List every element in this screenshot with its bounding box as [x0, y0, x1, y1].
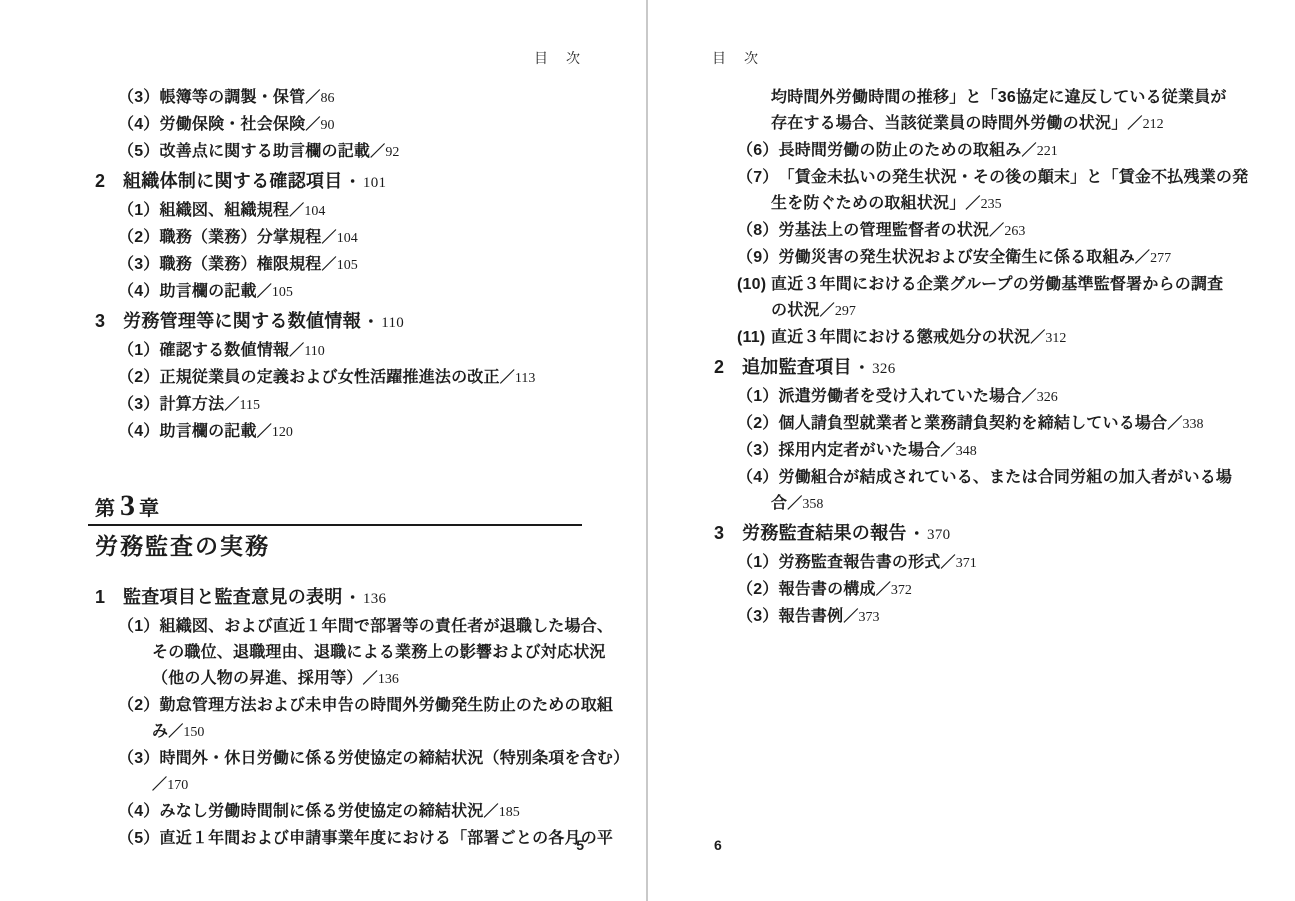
item-page-ref: 297	[835, 304, 856, 319]
item-text: 採用内定者がいた場合	[779, 442, 941, 459]
item-page-ref: 326	[1037, 390, 1058, 405]
item-page-ref: 372	[891, 583, 912, 598]
item-text: 職務（業務）権限規程	[160, 256, 322, 273]
item-text: 直近３年間における企業グループの労働基準監督署からの調査	[771, 276, 1223, 293]
item-text: 個人請負型就業者と業務請負契約を締結している場合	[779, 415, 1168, 432]
page-slash: ／	[484, 803, 499, 820]
section-page-ref: 326	[872, 361, 895, 377]
item-text: 報告書例	[779, 608, 844, 625]
toc-item-line: （2）正規従業員の定義および女性活躍推進法の改正／113	[95, 365, 642, 392]
item-label: （1）	[737, 384, 779, 410]
item-text: 組織図、および直近１年間で部署等の責任者が退職した場合、	[160, 618, 614, 635]
toc-item-line: （4）みなし労働時間制に係る労使協定の締結状況／185	[95, 799, 642, 826]
page-slash: ／	[941, 554, 956, 571]
item-page-ref: 371	[956, 556, 977, 571]
item-page-ref: 110	[304, 344, 324, 359]
section-dot: ・	[363, 314, 379, 331]
item-label: （5）	[118, 139, 160, 165]
page-slash: ／	[370, 143, 385, 160]
page-slash: ／	[1135, 249, 1150, 266]
item-label: （4）	[737, 465, 779, 491]
page-slash: ／	[941, 442, 956, 459]
toc-item-line: （4）助言欄の記載／105	[95, 279, 642, 306]
page-slash: ／	[989, 222, 1004, 239]
toc-item-line: （3）職務（業務）権限規程／105	[95, 252, 642, 279]
item-label: （2）	[737, 411, 779, 437]
item-page-ref: 185	[499, 805, 520, 820]
toc-item-line: （2）職務（業務）分掌規程／104	[95, 225, 642, 252]
section-page-ref: 136	[363, 591, 386, 607]
item-text: 助言欄の記載	[160, 283, 257, 300]
section-number: 2	[714, 354, 742, 380]
item-text: 存在する場合、当該従業員の時間外労働の状況」	[771, 115, 1127, 132]
toc-item-line: その職位、退職理由、退職による業務上の影響および対応状況	[95, 640, 642, 666]
item-page-ref: 120	[272, 425, 293, 440]
page-slash: ／	[322, 229, 337, 246]
section-page-ref: 370	[927, 527, 950, 543]
item-text: 派遣労働者を受け入れていた場合	[779, 388, 1022, 405]
item-text: 帳簿等の調製・保管	[160, 89, 306, 106]
item-page-ref: 90	[321, 118, 335, 133]
item-text: 改善点に関する助言欄の記載	[160, 143, 371, 160]
toc-section: 3労務管理等に関する数値情報・110	[95, 308, 642, 336]
page-slash: ／	[257, 283, 272, 300]
page-slash: ／	[1022, 142, 1037, 159]
item-text: （他の人物の昇進、採用等）	[152, 670, 363, 687]
item-text: 長時間労働の防止のための取組み	[779, 142, 1022, 159]
toc-item-line: （9）労働災害の発生状況および安全衛生に係る取組み／277	[714, 245, 1291, 272]
page-slash: ／	[1022, 388, 1037, 405]
item-text: 確認する数値情報	[160, 342, 290, 359]
chapter-number: 3	[120, 489, 135, 522]
toc-item-line: （1）組織図、組織規程／104	[95, 198, 642, 225]
toc-item-line: （1）派遣労働者を受け入れていた場合／326	[714, 384, 1291, 411]
item-label: （1）	[737, 550, 779, 576]
page-left: 目 次 （3）帳簿等の調製・保管／86（4）労働保険・社会保険／90（5）改善点…	[0, 0, 646, 901]
toc-item-line: （5）直近１年間および申請事業年度における「部署ごとの各月の平	[95, 826, 642, 852]
item-page-ref: 105	[337, 258, 358, 273]
item-page-ref: 105	[272, 285, 293, 300]
item-page-ref: 136	[378, 672, 399, 687]
item-label: （3）	[737, 438, 779, 464]
item-label: （4）	[118, 419, 160, 445]
item-page-ref: 373	[859, 610, 880, 625]
toc-item-line: （8）労基法上の管理監督者の状況／263	[714, 218, 1291, 245]
item-page-ref: 277	[1150, 251, 1171, 266]
item-label: （1）	[118, 614, 160, 640]
item-text: 時間外・休日労働に係る労使協定の締結状況（特別条項を含む）	[160, 750, 630, 767]
page-slash: ／	[820, 302, 835, 319]
page-slash: ／	[224, 396, 239, 413]
item-label: （3）	[118, 252, 160, 278]
item-text: み	[152, 723, 168, 740]
toc-item-line: （1）労務監査報告書の形式／371	[714, 550, 1291, 577]
section-page-ref: 110	[381, 315, 404, 331]
item-label: （3）	[118, 85, 160, 111]
toc-section: 3労務監査結果の報告・370	[714, 520, 1291, 548]
toc-item-line: （4）助言欄の記載／120	[95, 419, 642, 446]
item-label: (10)	[737, 272, 771, 298]
item-label: （2）	[737, 577, 779, 603]
section-number: 3	[95, 308, 123, 334]
section-number: 1	[95, 584, 123, 610]
toc-item-line: (11)直近３年間における懲戒処分の状況／312	[714, 325, 1291, 352]
item-page-ref: 358	[802, 497, 823, 512]
section-number: 2	[95, 168, 123, 194]
item-text: みなし労働時間制に係る労使協定の締結状況	[160, 803, 484, 820]
item-label: （9）	[737, 245, 779, 271]
toc-list-right: 均時間外労働時間の推移」と「36協定に違反している従業員が存在する場合、当該従業…	[714, 85, 1291, 631]
toc-item-line: （4）労働組合が結成されている、または合同労組の加入者がいる場	[714, 465, 1291, 491]
item-label: （6）	[737, 138, 779, 164]
page-slash: ／	[843, 608, 858, 625]
item-label: （2）	[118, 365, 160, 391]
page-slash: ／	[305, 116, 320, 133]
item-page-ref: 348	[956, 444, 977, 459]
page-slash: ／	[305, 89, 320, 106]
chapter-heading: 第3章労務監査の実務	[95, 488, 642, 562]
item-page-ref: 338	[1183, 417, 1204, 432]
item-page-ref: 170	[167, 778, 188, 793]
item-text: 報告書の構成	[779, 581, 876, 598]
section-dot: ・	[854, 360, 870, 377]
item-label: (11)	[737, 325, 771, 351]
toc-section: 2組織体制に関する確認項目・101	[95, 168, 642, 196]
item-page-ref: 113	[515, 371, 535, 386]
toc-section: 2追加監査項目・326	[714, 354, 1291, 382]
item-text: 直近３年間における懲戒処分の状況	[771, 329, 1030, 346]
item-page-ref: 104	[304, 204, 325, 219]
item-label: （3）	[118, 746, 160, 772]
page-slash: ／	[289, 342, 304, 359]
item-label: （2）	[118, 225, 160, 251]
toc-item-line: （1）確認する数値情報／110	[95, 338, 642, 365]
chapter-title: 労務監査の実務	[95, 532, 642, 562]
section-title: 組織体制に関する確認項目	[123, 171, 343, 191]
item-text: 計算方法	[160, 396, 225, 413]
toc-item-line: （1）組織図、および直近１年間で部署等の責任者が退職した場合、	[95, 614, 642, 640]
item-text: 労働組合が結成されている、または合同労組の加入者がいる場	[779, 469, 1233, 486]
item-label: （5）	[118, 826, 160, 852]
page-slash: ／	[168, 723, 183, 740]
section-page-ref: 101	[363, 175, 386, 191]
item-text: 正規従業員の定義および女性活躍推進法の改正	[160, 369, 500, 386]
toc-item-line: （2）勤怠管理方法および未申告の時間外労働発生防止のための取組	[95, 693, 642, 719]
item-text: 勤怠管理方法および未申告の時間外労働発生防止のための取組	[160, 697, 614, 714]
section-dot: ・	[345, 590, 361, 607]
item-text: 労働保険・社会保険	[160, 116, 306, 133]
toc-continuation-line: 存在する場合、当該従業員の時間外労働の状況」／212	[714, 111, 1291, 138]
page-right: 目 次 均時間外労働時間の推移」と「36協定に違反している従業員が存在する場合、…	[648, 0, 1295, 901]
toc-item-line: ／170	[95, 772, 642, 799]
page-number-left: 5	[576, 837, 584, 853]
item-label: （8）	[737, 218, 779, 244]
toc-list-left: （3）帳簿等の調製・保管／86（4）労働保険・社会保険／90（5）改善点に関する…	[95, 85, 642, 852]
toc-item-line: （3）採用内定者がいた場合／348	[714, 438, 1291, 465]
page-slash: ／	[1030, 329, 1045, 346]
item-label: （4）	[118, 112, 160, 138]
item-label: （3）	[118, 392, 160, 418]
page-slash: ／	[876, 581, 891, 598]
item-text: その職位、退職理由、退職による業務上の影響および対応状況	[152, 644, 606, 661]
toc-item-line: （3）時間外・休日労働に係る労使協定の締結状況（特別条項を含む）	[95, 746, 642, 772]
item-page-ref: 235	[981, 197, 1002, 212]
page-slash: ／	[152, 776, 167, 793]
toc-item-line: （2）報告書の構成／372	[714, 577, 1291, 604]
item-text: 「賃金未払いの発生状況・その後の顛末」と「賃金不払残業の発	[779, 169, 1249, 186]
item-text: の状況	[771, 302, 820, 319]
page-number-right: 6	[714, 837, 722, 853]
item-page-ref: 221	[1037, 144, 1058, 159]
item-label: （4）	[118, 799, 160, 825]
toc-item-line: (10)直近３年間における企業グループの労働基準監督署からの調査	[714, 272, 1291, 298]
section-title: 労務監査結果の報告	[742, 523, 907, 543]
item-label: （1）	[118, 338, 160, 364]
item-page-ref: 92	[385, 145, 399, 160]
section-dot: ・	[909, 526, 925, 543]
toc-item-line: （5）改善点に関する助言欄の記載／92	[95, 139, 642, 166]
chapter-prefix: 第	[95, 498, 116, 520]
item-page-ref: 212	[1143, 117, 1164, 132]
chapter-number-line: 第3章	[95, 488, 642, 524]
page-slash: ／	[965, 195, 980, 212]
item-page-ref: 86	[321, 91, 335, 106]
item-label: （4）	[118, 279, 160, 305]
page-slash: ／	[1167, 415, 1182, 432]
item-text: 労働災害の発生状況および安全衛生に係る取組み	[779, 249, 1135, 266]
item-label: （3）	[737, 604, 779, 630]
page-header-left: 目 次	[534, 48, 582, 68]
item-label: （1）	[118, 198, 160, 224]
page-slash: ／	[500, 369, 515, 386]
item-text: 均時間外労働時間の推移」と「36協定に違反している従業員が	[771, 89, 1227, 106]
toc-item-line: 生を防ぐための取組状況」／235	[714, 191, 1291, 218]
toc-item-line: （3）計算方法／115	[95, 392, 642, 419]
section-title: 労務管理等に関する数値情報	[123, 311, 361, 331]
item-text: 職務（業務）分掌規程	[160, 229, 322, 246]
toc-item-line: （2）個人請負型就業者と業務請負契約を締結している場合／338	[714, 411, 1291, 438]
chapter-rule	[88, 524, 582, 526]
item-text: 組織図、組織規程	[160, 202, 290, 219]
section-number: 3	[714, 520, 742, 546]
page-slash: ／	[363, 670, 378, 687]
toc-item-line: （3）帳簿等の調製・保管／86	[95, 85, 642, 112]
toc-section: 1監査項目と監査意見の表明・136	[95, 584, 642, 612]
item-page-ref: 150	[183, 725, 204, 740]
toc-item-line: （4）労働保険・社会保険／90	[95, 112, 642, 139]
toc-continuation-line: 均時間外労働時間の推移」と「36協定に違反している従業員が	[714, 85, 1291, 111]
toc-item-line: （3）報告書例／373	[714, 604, 1291, 631]
toc-spread: 目 次 （3）帳簿等の調製・保管／86（4）労働保険・社会保険／90（5）改善点…	[0, 0, 1295, 901]
toc-item-line: み／150	[95, 719, 642, 746]
toc-item-line: の状況／297	[714, 298, 1291, 325]
page-slash: ／	[289, 202, 304, 219]
item-page-ref: 312	[1045, 331, 1066, 346]
item-text: 労基法上の管理監督者の状況	[779, 222, 990, 239]
item-text: 労務監査報告書の形式	[779, 554, 941, 571]
section-dot: ・	[345, 174, 361, 191]
section-title: 監査項目と監査意見の表明	[123, 587, 343, 607]
item-label: （7）	[737, 165, 779, 191]
page-slash: ／	[787, 495, 802, 512]
item-label: （2）	[118, 693, 160, 719]
item-page-ref: 104	[337, 231, 358, 246]
page-slash: ／	[257, 423, 272, 440]
item-text: 直近１年間および申請事業年度における「部署ごとの各月の平	[160, 830, 614, 847]
section-title: 追加監査項目	[742, 357, 852, 377]
item-page-ref: 115	[240, 398, 260, 413]
toc-item-line: （7）「賃金未払いの発生状況・その後の顛末」と「賃金不払残業の発	[714, 165, 1291, 191]
chapter-suffix: 章	[139, 498, 160, 520]
page-slash: ／	[1127, 115, 1142, 132]
page-slash: ／	[322, 256, 337, 273]
item-text: 合	[771, 495, 787, 512]
toc-item-line: 合／358	[714, 491, 1291, 518]
page-header-right: 目 次	[712, 48, 760, 68]
item-page-ref: 263	[1004, 224, 1025, 239]
item-text: 助言欄の記載	[160, 423, 257, 440]
toc-item-line: （他の人物の昇進、採用等）／136	[95, 666, 642, 693]
item-text: 生を防ぐための取組状況」	[771, 195, 965, 212]
toc-item-line: （6）長時間労働の防止のための取組み／221	[714, 138, 1291, 165]
